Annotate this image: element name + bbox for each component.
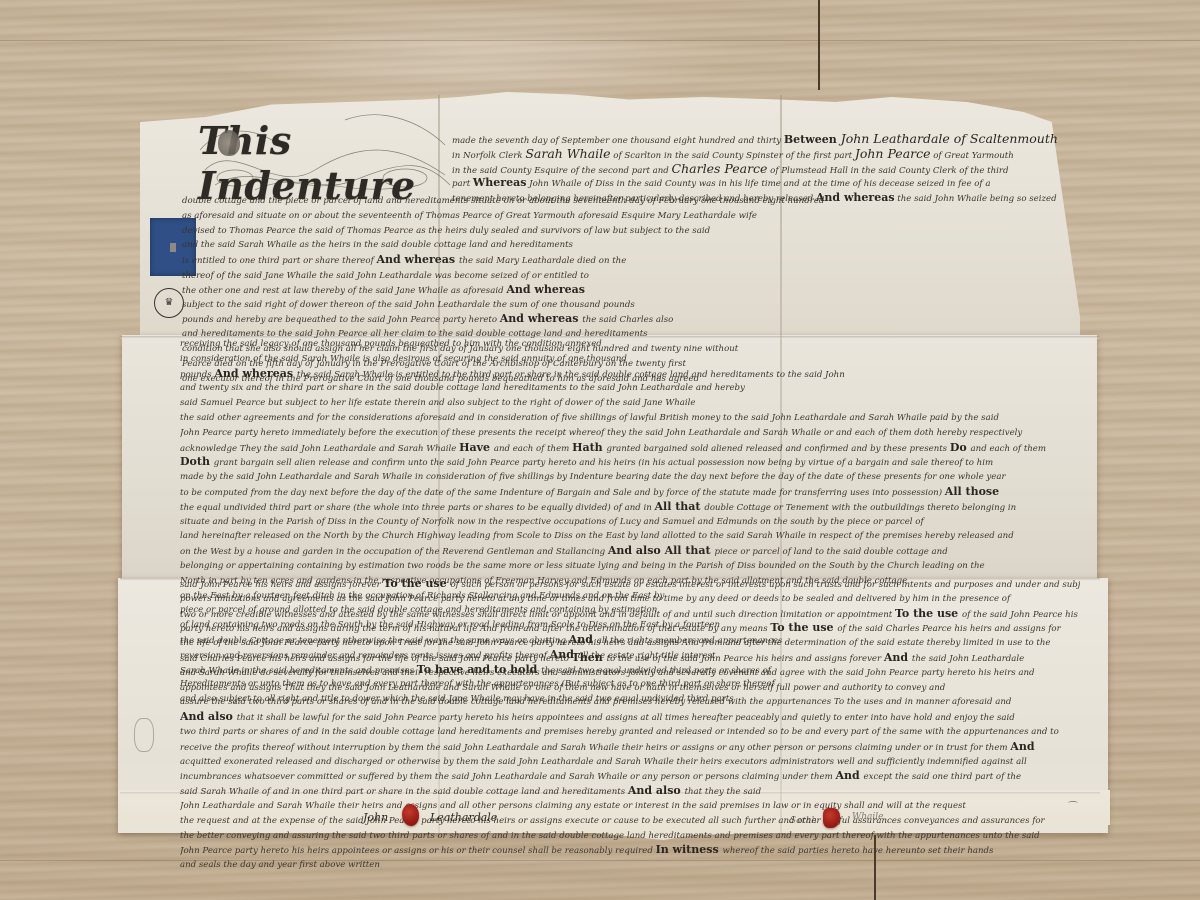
text-line: situate and being in the Parish of Diss … — [180, 515, 1085, 530]
text-line: belonging or appertaining containing by … — [180, 559, 1085, 574]
text-line: and the said Sarah Whaile as the heirs i… — [182, 238, 1072, 253]
text-line: Doth grant bargain sell alien release an… — [180, 455, 1085, 470]
text-line: made by the said John Leathardale and Sa… — [180, 470, 1085, 485]
text-line: as aforesaid and situate on or about the… — [182, 209, 1072, 224]
text-line: land hereinafter released on the North b… — [180, 529, 1085, 544]
text-line: pounds And whereas the said Sarah Whaile… — [180, 367, 1085, 382]
text-line: on the West by a house and garden in the… — [180, 544, 1085, 559]
text-line: the said other agreements and for the co… — [180, 411, 1085, 426]
text-line: said Charles Pearce his heirs and assign… — [180, 651, 1080, 666]
text-line: incumbrances whatsoever committed or suf… — [180, 769, 1080, 784]
text-line: appointees and assigns That they the sai… — [180, 681, 1080, 696]
text-line: and Sarah Whaile do severally for themse… — [180, 666, 1080, 681]
text-line: receiving the said legacy of one thousan… — [180, 337, 1085, 352]
body-text-bottom: said John Pearce his heirs and assigns f… — [180, 577, 1080, 873]
red-wax-seal-icon — [402, 804, 419, 826]
red-wax-seal-icon — [823, 808, 840, 828]
text-line: John Pearce party hereto immediately bef… — [180, 426, 1085, 441]
pencil-mark: ⌒ — [1068, 798, 1078, 813]
signature-first-name: Sarah — [790, 816, 817, 826]
text-line: pounds and hereby are bequeathed to the … — [182, 312, 1072, 327]
text-line: the other one and rest at law thereby of… — [182, 283, 1072, 298]
text-line: John Leathardale and Sarah Whaile their … — [180, 799, 1080, 814]
text-line: double cottage and the piece or parcel o… — [182, 194, 1072, 209]
signature-first-name: John — [363, 811, 388, 824]
text-line: subject to the said right of dower there… — [182, 298, 1072, 313]
text-line: John Pearce party hereto his heirs appoi… — [180, 843, 1080, 858]
text-line: said John Pearce his heirs and assigns f… — [180, 577, 1080, 592]
text-line: in the said County Esquire of the second… — [452, 162, 1072, 177]
text-line: receive the profits thereof without inte… — [180, 740, 1080, 755]
text-line: devised to Thomas Pearce the said of Tho… — [182, 224, 1072, 239]
text-line: made the seventh day of September one th… — [452, 132, 1072, 147]
indenture-document: This Indenture ♛ made the seventh day of… — [0, 0, 1200, 900]
text-line: the request and at the expense of the sa… — [180, 814, 1080, 829]
signature-last-name: Leathardale — [430, 811, 497, 824]
text-line: the better conveying and assuring the sa… — [180, 829, 1080, 844]
signature-last-name: Whaile — [852, 812, 884, 822]
text-line: two or more credible witnesses and attes… — [180, 607, 1080, 622]
text-line: and twenty six and the third part or sha… — [180, 381, 1085, 396]
text-line: the equal undivided third part or share … — [180, 500, 1085, 515]
text-line: thereof of the said Jane Whaile the said… — [182, 268, 1072, 283]
embossed-stamp-icon — [134, 718, 154, 752]
text-line: party hereto his heirs and assigns durin… — [180, 621, 1080, 636]
text-line: powers limitations and agreements as the… — [180, 592, 1080, 607]
text-line: is entitled to one third part or share t… — [182, 253, 1072, 268]
text-line: said Samuel Pearce but subject to her li… — [180, 396, 1085, 411]
text-line: said Sarah Whaile of and in one third pa… — [180, 784, 1080, 799]
text-line: part Whereas John Whaile of Diss in the … — [452, 176, 1072, 191]
text-line: in Norfolk Clerk Sarah Whaile of Scarlto… — [452, 147, 1072, 162]
text-line: to be computed from the day next before … — [180, 485, 1085, 500]
text-line: assure the said two third parts or share… — [180, 695, 1080, 710]
pin-icon — [170, 243, 176, 252]
text-line: acquitted exonerated released and discha… — [180, 755, 1080, 770]
text-line: in consideration of the said Sarah Whail… — [180, 352, 1085, 367]
crown-stamp-icon: ♛ — [154, 288, 184, 318]
coat-of-arms-icon — [218, 130, 240, 156]
text-line: two third parts or shares of and in the … — [180, 725, 1080, 740]
text-line: acknowledge They the said John Leatharda… — [180, 441, 1085, 456]
text-line: and seals the day and year first above w… — [180, 858, 1080, 873]
text-line: And also that it shall be lawful for the… — [180, 710, 1080, 725]
text-line: the life of the said John Pearce party h… — [180, 636, 1080, 651]
